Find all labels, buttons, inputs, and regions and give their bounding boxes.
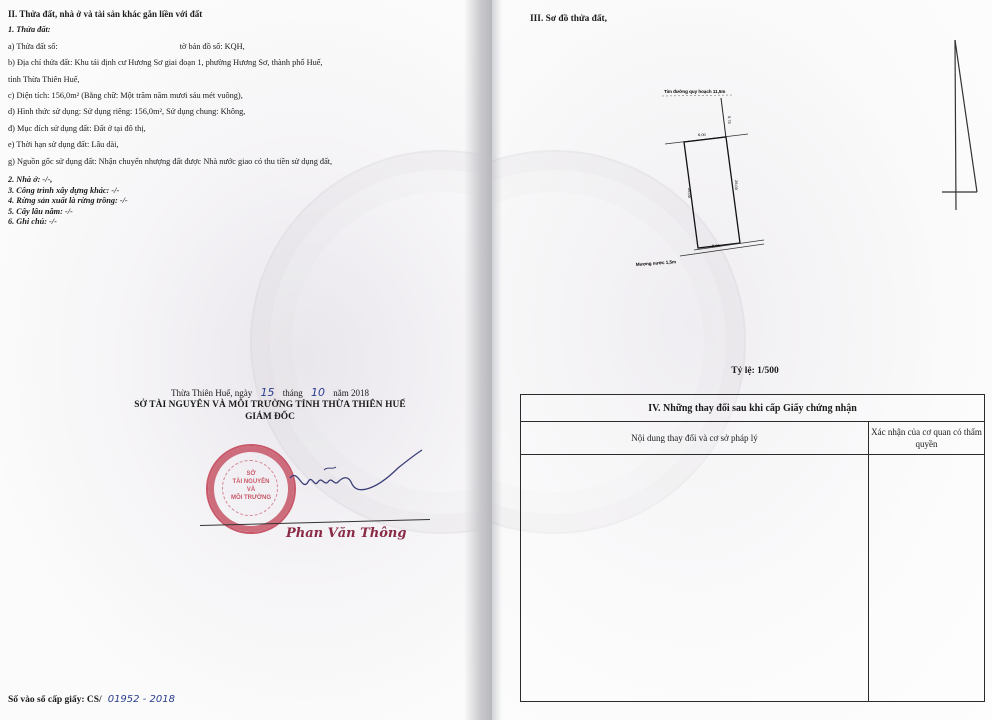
signing-block: Thừa Thiên Huế, ngày 15 tháng 10 năm 201… — [60, 387, 480, 423]
svg-text:5,75: 5,75 — [727, 116, 732, 125]
svg-text:26,00: 26,00 — [687, 188, 692, 199]
svg-text:6,00: 6,00 — [698, 132, 707, 137]
signer-name: Phan Văn Thông — [286, 526, 406, 541]
area-line: c) Diện tích: 156,0m² (Bằng chữ: Một tră… — [8, 88, 478, 104]
month-handwritten: 10 — [305, 386, 331, 399]
map-sheet-label: tờ bản đồ số: KQH, — [180, 42, 245, 51]
section-ii-title: II. Thửa đất, nhà ở và tài sản khác gắn … — [8, 6, 478, 22]
column-header-content: Nội dung thay đổi và cơ sở pháp lý — [521, 422, 869, 455]
land-info-section: II. Thửa đất, nhà ở và tài sản khác gắn … — [8, 6, 478, 228]
list-item: 4. Rừng sản xuất là rừng trồng: -/- — [8, 196, 478, 207]
list-item: 5. Cây lâu năm: -/- — [8, 207, 478, 218]
land-plot-diagram: Tim đường quy hoạch 11,5m 5,75 6,00 6,00… — [610, 80, 800, 280]
address-line-2: tỉnh Thừa Thiên Huế, — [8, 72, 478, 88]
official-seal-icon: SỞ TÀI NGUYÊN VÀ MÔI TRƯỜNG — [206, 444, 296, 534]
svg-text:26,00: 26,00 — [734, 180, 739, 191]
certificate-left-page: II. Thửa đất, nhà ở và tài sản khác gắn … — [0, 0, 492, 720]
usage-form-line: d) Hình thức sử dụng: Sử dụng riêng: 156… — [8, 104, 478, 120]
address-line-1: b) Địa chỉ thửa đất: Khu tái định cư Hươ… — [8, 55, 478, 71]
confirmation-cell — [869, 455, 985, 702]
signature-icon — [288, 448, 428, 508]
section-iii-title: III. Sơ đồ thửa đất, — [530, 14, 607, 24]
svg-text:Mương nước 1,5m: Mương nước 1,5m — [636, 259, 676, 267]
changes-content-cell — [521, 455, 869, 702]
other-assets-list: 2. Nhà ở: -/-, 3. Công trình xây dựng kh… — [8, 175, 478, 228]
list-item: 3. Công trình xây dựng khác: -/- — [8, 186, 478, 197]
map-scale: Tỷ lệ: 1/500 — [520, 366, 990, 376]
list-item: 2. Nhà ở: -/-, — [8, 175, 478, 186]
term-line: e) Thời hạn sử dụng đất: Lâu dài, — [8, 137, 478, 153]
list-item: 6. Ghi chú: -/- — [8, 217, 478, 228]
purpose-line: đ) Mục đích sử dụng đất: Đất ở tại đô th… — [8, 121, 478, 137]
svg-text:Tim đường quy hoạch 11,5m: Tim đường quy hoạch 11,5m — [664, 89, 725, 94]
origin-line: g) Nguồn gốc sử dụng đất: Nhận chuyển nh… — [8, 154, 478, 170]
parcel-number-label: a) Thửa đất số: — [8, 42, 58, 51]
day-handwritten: 15 — [254, 386, 280, 399]
registry-number: Số vào sổ cấp giấy: CS/01952 - 2018 — [8, 694, 175, 705]
column-header-confirmation: Xác nhận của cơ quan có thẩm quyền — [869, 422, 985, 455]
north-arrow-icon — [930, 30, 980, 220]
parcel-number-line: a) Thửa đất số:tờ bản đồ số: KQH, — [8, 39, 478, 55]
issuing-organization: SỞ TÀI NGUYÊN VÀ MÔI TRƯỜNG TỈNH THỪA TH… — [60, 399, 480, 411]
land-subtitle: 1. Thửa đất: — [8, 22, 478, 38]
changes-table: IV. Những thay đổi sau khi cấp Giấy chứn… — [520, 394, 985, 702]
signing-date: Thừa Thiên Huế, ngày 15 tháng 10 năm 201… — [60, 387, 480, 399]
changes-table-title: IV. Những thay đổi sau khi cấp Giấy chứn… — [521, 395, 985, 422]
signer-position: GIÁM ĐỐC — [60, 411, 480, 423]
